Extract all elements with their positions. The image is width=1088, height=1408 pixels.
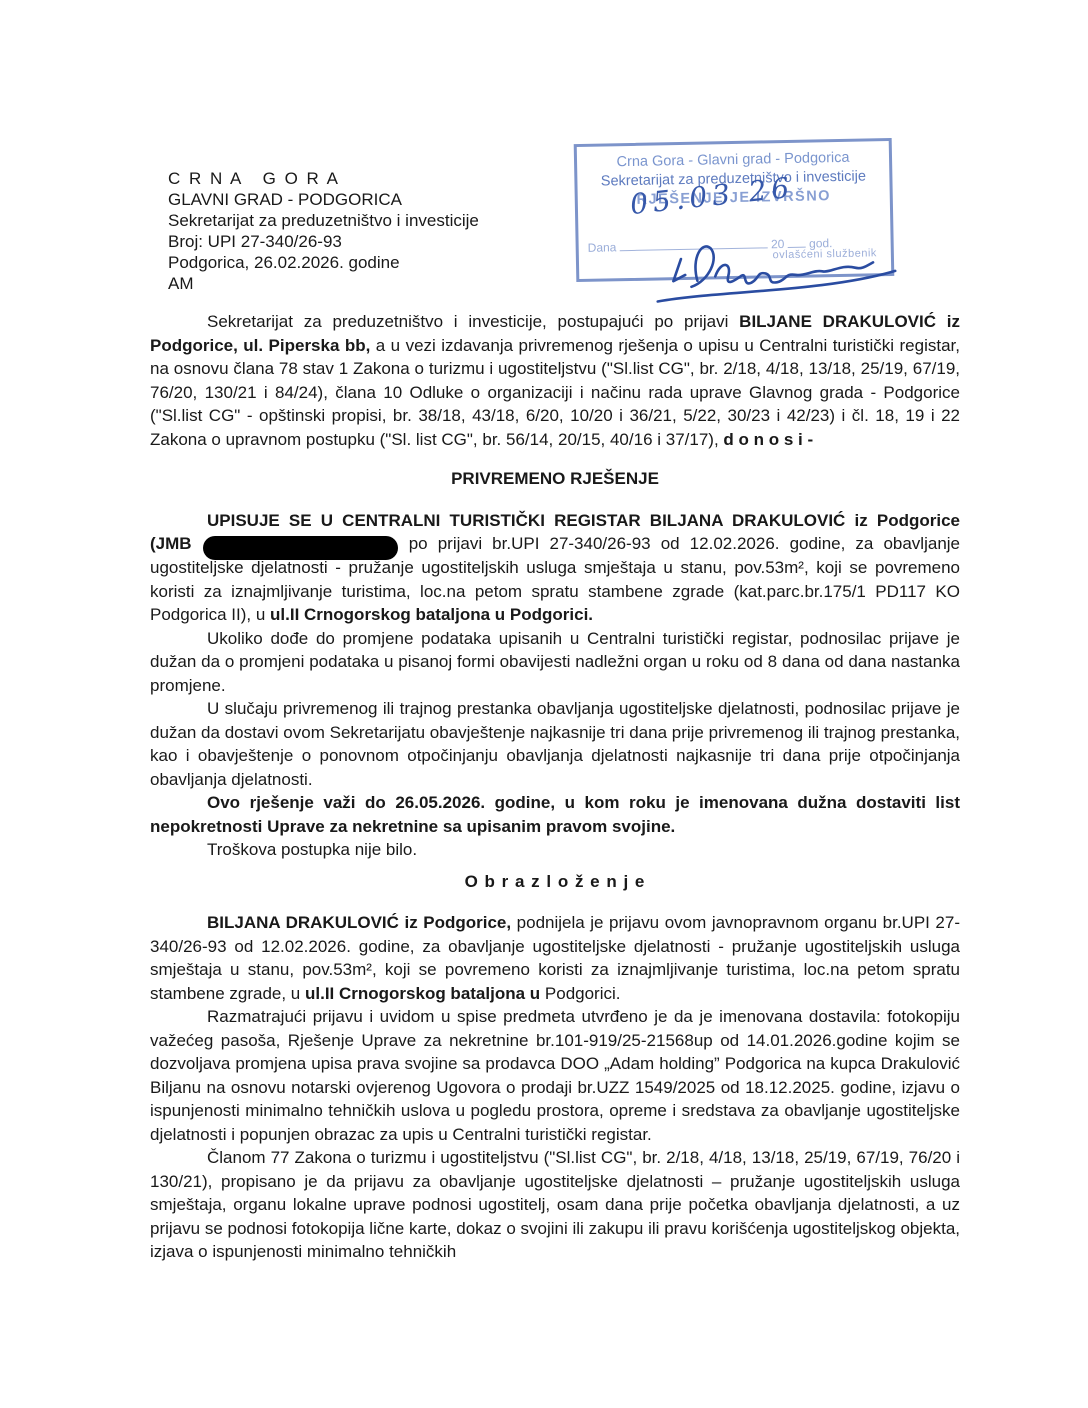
- text-run: d o n o s i -: [723, 430, 813, 449]
- document-body: C R N A G O R A GLAVNI GRAD - PODGORICA …: [150, 168, 960, 1264]
- decision-title: PRIVREMENO RJEŠENJE: [150, 467, 960, 491]
- evidence-paragraph: Razmatrajući prijavu i uvidom u spise pr…: [150, 1005, 960, 1146]
- text-run: BILJANA DRAKULOVIĆ iz Podgorice,: [207, 913, 511, 932]
- text-run: Članom 77 Zakona o turizmu i ugostiteljs…: [150, 1148, 960, 1261]
- executory-stamp: Crna Gora - Glavni grad - Podgorica Sekr…: [574, 138, 895, 282]
- applicant-paragraph: BILJANA DRAKULOVIĆ iz Podgorice, podnije…: [150, 911, 960, 1005]
- text-run: ul.II Crnogorskog bataljona u: [305, 984, 540, 1003]
- handwritten-signature: [650, 225, 902, 320]
- intro-paragraph: Sekretarijat za preduzetništvo i investi…: [150, 310, 960, 451]
- validity-paragraph: Ovo rješenje važi do 26.05.2026. godine,…: [150, 791, 960, 838]
- article77-paragraph: Članom 77 Zakona o turizmu i ugostiteljs…: [150, 1146, 960, 1264]
- explanation-title: O b r a z l o ž e n j e: [150, 870, 960, 894]
- cessation-notice-paragraph: U slučaju privremenog ili trajnog presta…: [150, 697, 960, 791]
- text-run: ul.II Crnogorskog bataljona u Podgorici.: [270, 605, 593, 624]
- costs-paragraph: Troškova postupka nije bilo.: [150, 838, 960, 862]
- redacted-jmbg: [203, 536, 398, 560]
- document-page: Crna Gora - Glavni grad - Podgorica Sekr…: [0, 0, 1088, 1408]
- stamp-date-label: Dana: [588, 240, 617, 255]
- text-run: Troškova postupka nije bilo.: [207, 840, 417, 859]
- enrollment-paragraph: UPISUJE SE U CENTRALNI TURISTIČKI REGIST…: [150, 509, 960, 627]
- change-notice-paragraph: Ukoliko dođe do promjene podataka upisan…: [150, 627, 960, 698]
- text-run: Ukoliko dođe do promjene podataka upisan…: [150, 629, 960, 695]
- text-run: Razmatrajući prijavu i uvidom u spise pr…: [150, 1007, 960, 1144]
- text-run: U slučaju privremenog ili trajnog presta…: [150, 699, 960, 789]
- text-run: Podgorici.: [540, 984, 620, 1003]
- text-run: Ovo rješenje važi do 26.05.2026. godine,…: [150, 793, 960, 836]
